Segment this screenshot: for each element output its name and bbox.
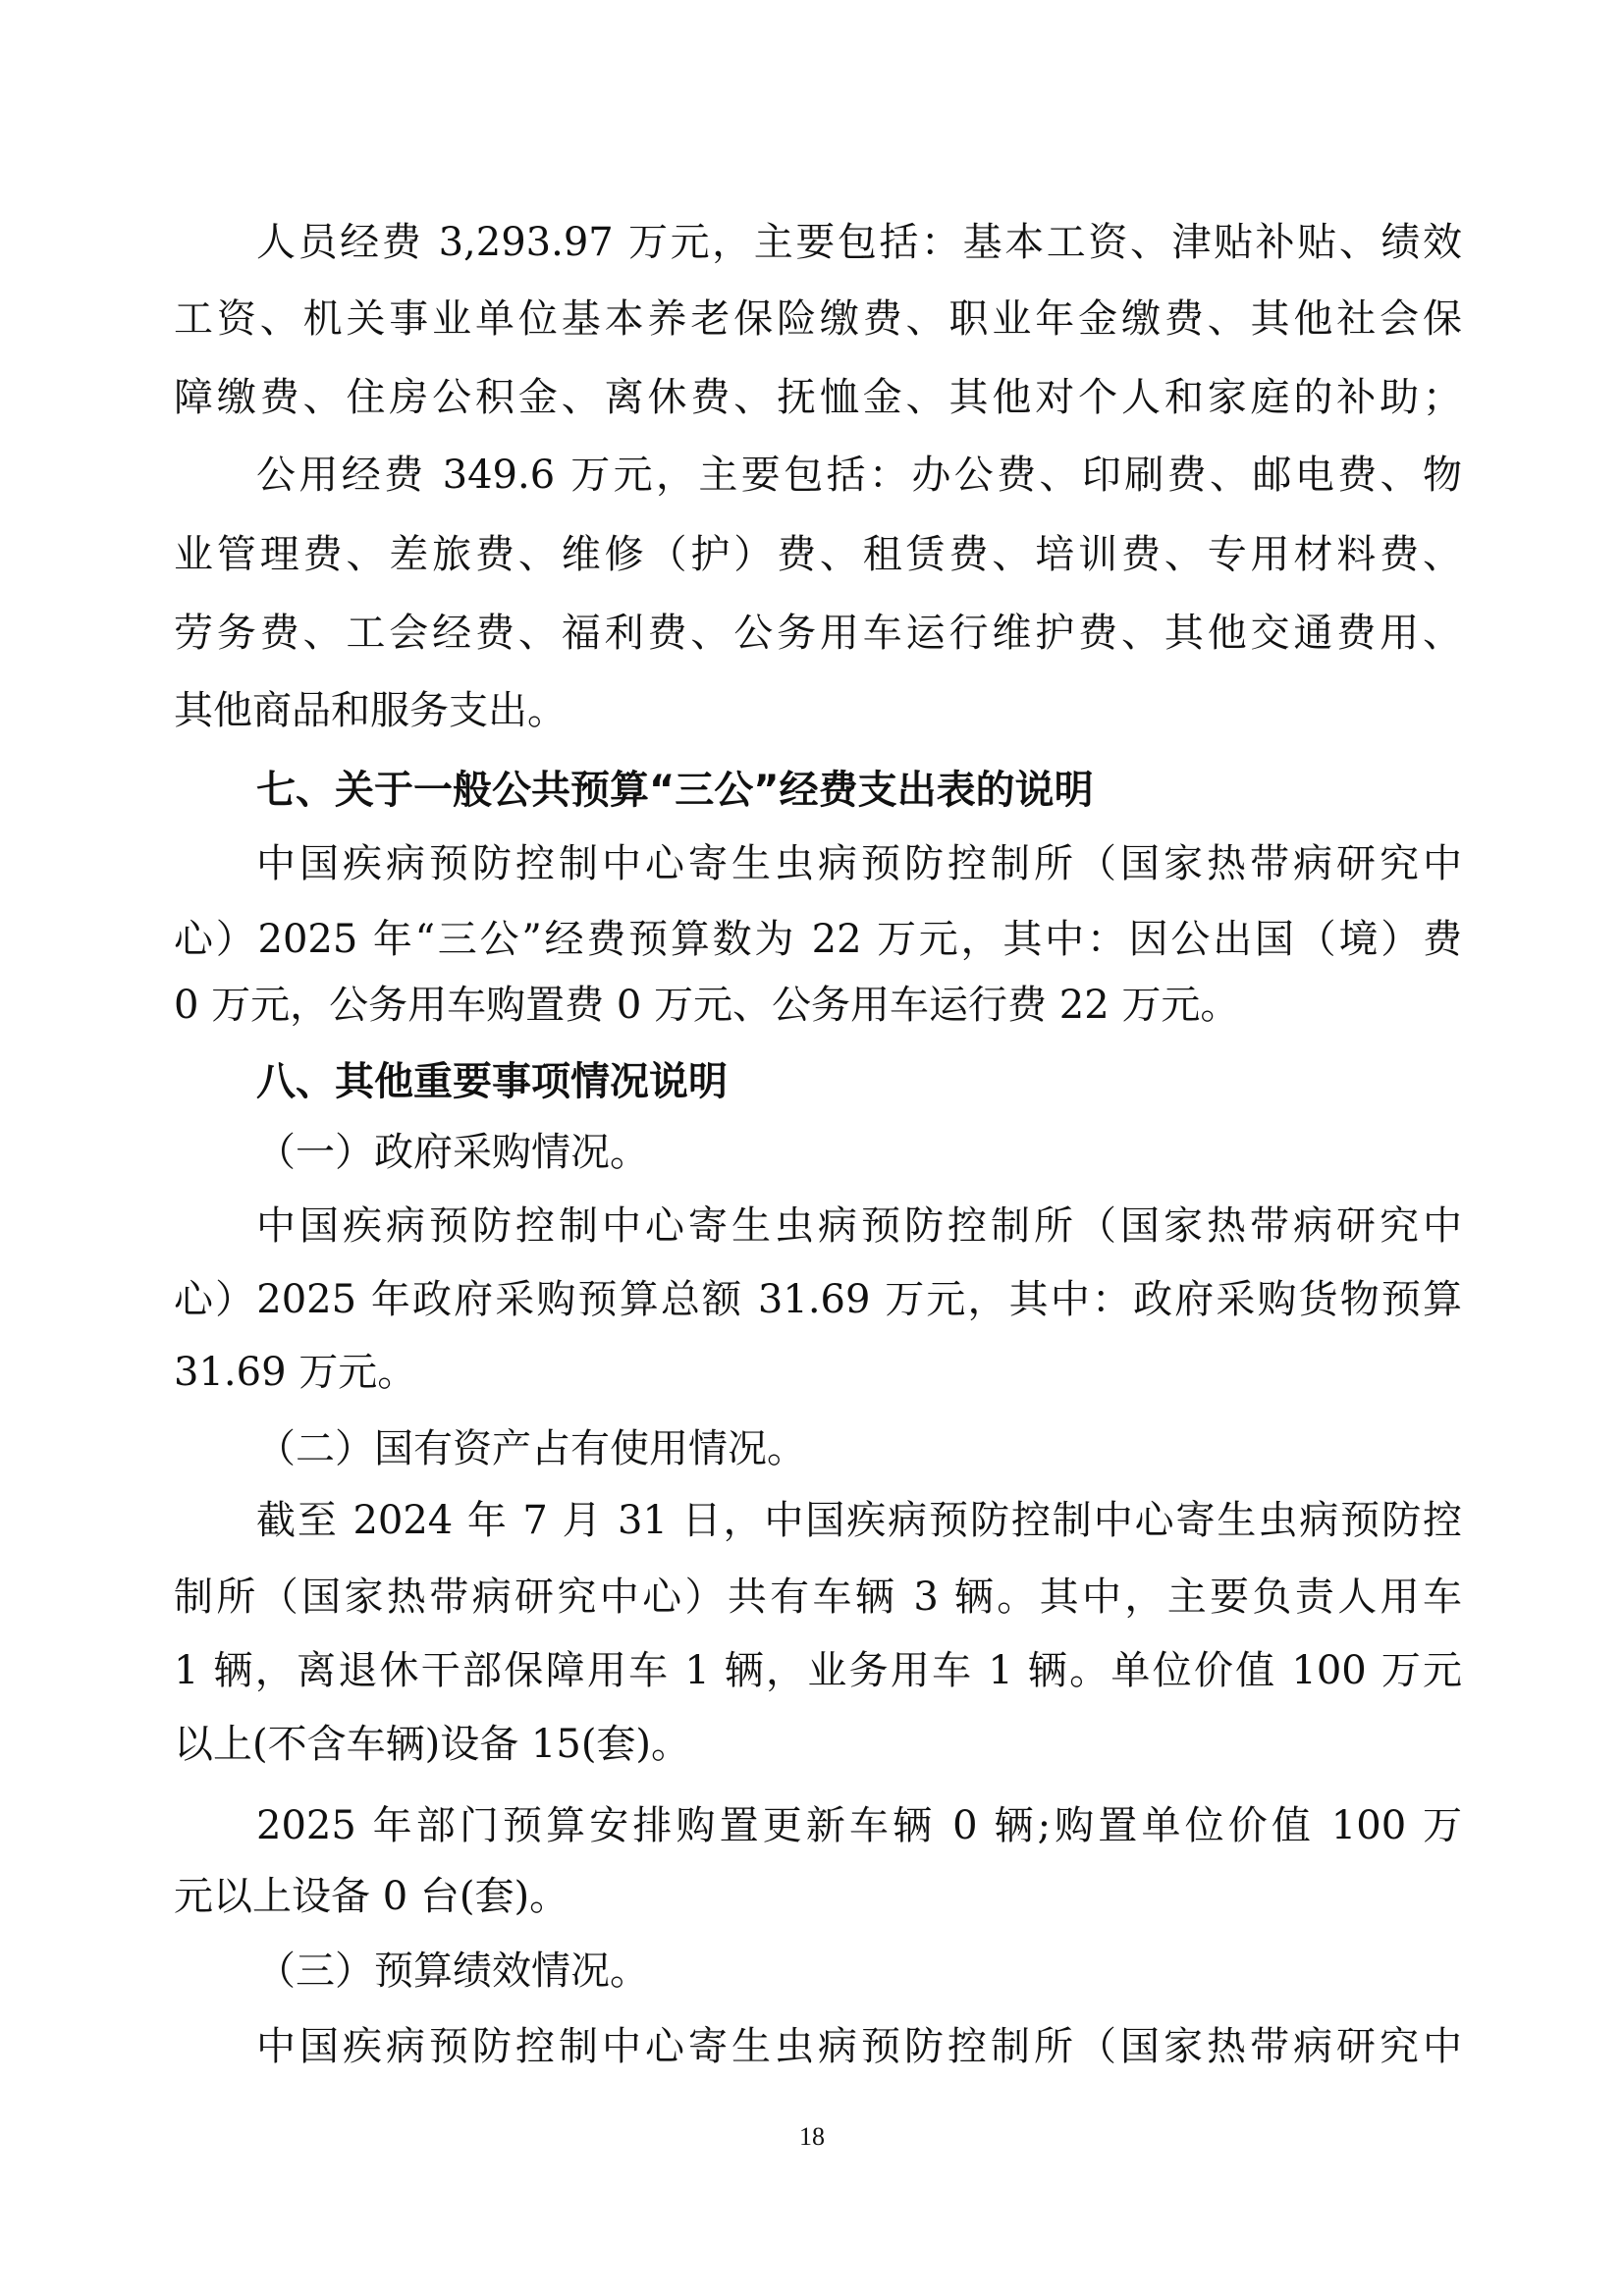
section-7-body-line-3: 0 万元，公务用车购置费 0 万元、公务用车运行费 22 万元。: [174, 976, 1462, 1035]
subsection-1-body-line-1: 中国疾病预防控制中心寄生虫病预防控制所（国家热带病研究中: [256, 1197, 1462, 1255]
subsection-1-body-line-2: 心）2025 年政府采购预算总额 31.69 万元，其中：政府采购货物预算: [174, 1270, 1462, 1329]
paragraph-personnel-line-2: 工资、机关事业单位基本养老保险缴费、职业年金缴费、其他社会保: [174, 290, 1462, 348]
subsection-2-body-line-2: 制所（国家热带病研究中心）共有车辆 3 辆。其中，主要负责人用车: [174, 1568, 1462, 1627]
paragraph-personnel-line-1: 人员经费 3,293.97 万元，主要包括：基本工资、津贴补贴、绩效: [256, 213, 1462, 272]
paragraph-personnel-line-3: 障缴费、住房公积金、离休费、抚恤金、其他对个人和家庭的补助；: [174, 368, 1462, 427]
paragraph-public-use-line-2: 业管理费、差旅费、维修（护）费、租赁费、培训费、专用材料费、: [174, 525, 1462, 584]
section-7-body-line-2: 心）2025 年“三公”经费预算数为 22 万元，其中：因公出国（境）费: [174, 910, 1462, 969]
page-number: 18: [0, 2122, 1624, 2152]
section-7-body-line-1: 中国疾病预防控制中心寄生虫病预防控制所（国家热带病研究中: [256, 834, 1462, 893]
subsection-2-body2-line-2: 元以上设备 0 台(套)。: [174, 1867, 1462, 1926]
subsection-1-heading: （一）政府采购情况。: [256, 1123, 1462, 1182]
section-7-heading: 七、关于一般公共预算“三公”经费支出表的说明: [256, 761, 1462, 820]
subsection-2-body-line-3: 1 辆，离退休干部保障用车 1 辆，业务用车 1 辆。单位价值 100 万元: [174, 1641, 1462, 1700]
subsection-2-body-line-1: 截至 2024 年 7 月 31 日，中国疾病预防控制中心寄生虫病预防控: [256, 1491, 1462, 1550]
subsection-3-body-line-1: 中国疾病预防控制中心寄生虫病预防控制所（国家热带病研究中: [256, 2017, 1462, 2076]
paragraph-public-use-line-3: 劳务费、工会经费、福利费、公务用车运行维护费、其他交通费用、: [174, 604, 1462, 663]
subsection-2-body2-line-1: 2025 年部门预算安排购置更新车辆 0 辆;购置单位价值 100 万: [256, 1796, 1462, 1855]
subsection-3-heading: （三）预算绩效情况。: [256, 1942, 1462, 2001]
paragraph-public-use-line-1: 公用经费 349.6 万元，主要包括：办公费、印刷费、邮电费、物: [256, 446, 1462, 505]
subsection-1-body-line-3: 31.69 万元。: [174, 1343, 1462, 1402]
subsection-2-body-line-4: 以上(不含车辆)设备 15(套)。: [174, 1715, 1462, 1774]
subsection-2-heading: （二）国有资产占有使用情况。: [256, 1419, 1462, 1478]
document-page: 人员经费 3,293.97 万元，主要包括：基本工资、津贴补贴、绩效 工资、机关…: [0, 0, 1624, 2296]
paragraph-public-use-line-4: 其他商品和服务支出。: [174, 681, 1462, 740]
section-8-heading: 八、其他重要事项情况说明: [256, 1052, 1462, 1111]
